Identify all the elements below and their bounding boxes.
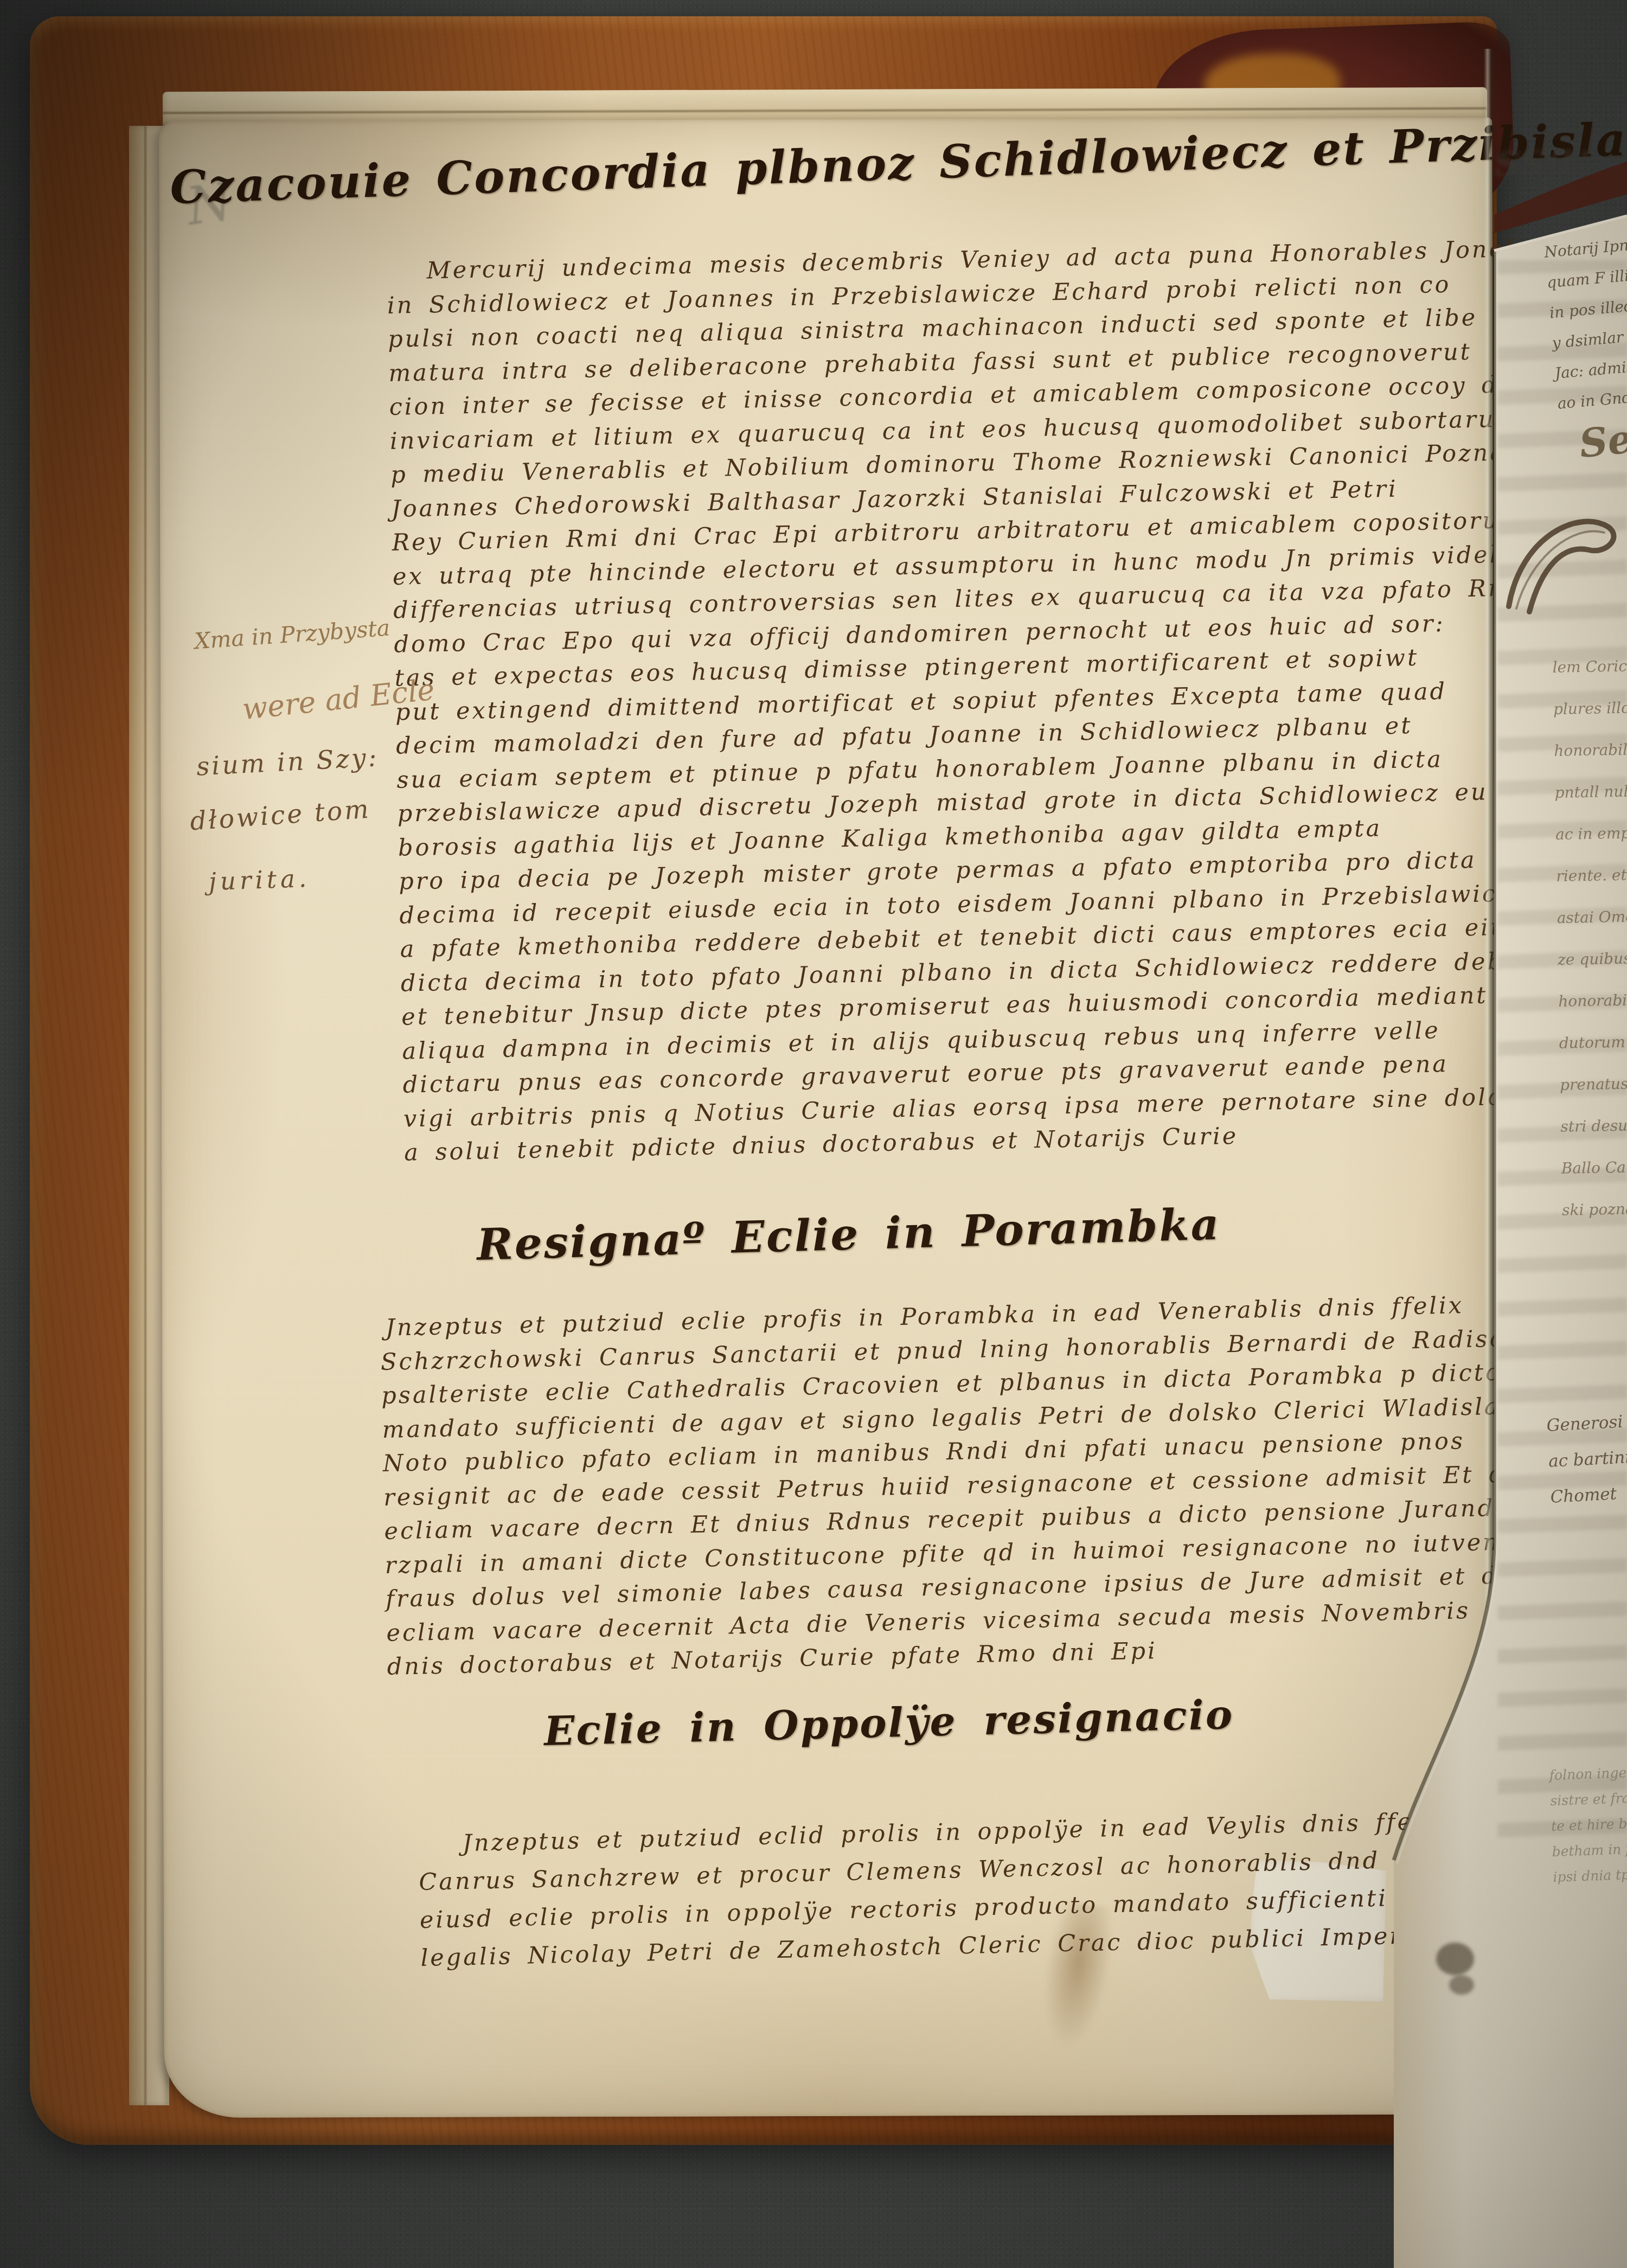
manuscript-text-line: plures illorum [1553, 686, 1627, 730]
manuscript-text-line: prenatus & [1559, 1062, 1627, 1106]
next-folio-lower-block: Generosi quac bartinii JaChomet [1546, 1402, 1627, 1515]
manuscript-text-line: pntall nulla p [1554, 770, 1627, 813]
manuscript-text-line: folnon ingenlm [1549, 1759, 1627, 1788]
manuscript-text-line: honorabilem [1558, 978, 1627, 1022]
manuscript-text-line: ze quibus h [1557, 937, 1627, 981]
manuscript-text-line: te et hire brnt [1551, 1810, 1627, 1839]
manuscript-text-line: Generosi qu [1546, 1402, 1627, 1443]
manuscript-text-line: ac bartinii Ja [1547, 1438, 1627, 1479]
next-folio-faint-lines: lem Corichiniplures illorumhonorabilibus… [1552, 644, 1627, 1231]
entry-body-oppolye: Jnzeptus et putziud eclid prolis in oppo… [418, 1800, 1533, 1977]
next-folio-bottom-faint-lines: folnon ingenlmsistre et fratrute et hire… [1549, 1759, 1627, 1890]
manuscript-text-line: Ballo Cartni [1561, 1145, 1627, 1189]
ink-smudge [1436, 1943, 1474, 1975]
manuscript-text-line: sistre et fratru [1550, 1784, 1627, 1814]
manuscript-text-line: ski poznanien [1561, 1187, 1627, 1231]
manuscript-text-line: lem Corichini [1552, 644, 1627, 688]
next-folio-left-edge-shadow [1394, 251, 1494, 1860]
manuscript-text-line: betham in forsth [1552, 1835, 1627, 1865]
manuscript-text-line: ipsi dnia tpo [1553, 1861, 1627, 1890]
manuscript-text-line: riente. et in [1556, 853, 1627, 897]
entry-body-porambka: Jnzeptus et putziud eclie profis in Pora… [380, 1287, 1532, 1684]
manuscript-text-line: ac in emptorem [1555, 811, 1627, 855]
manuscript-text-line: Chomet [1549, 1473, 1627, 1515]
ink-smudge [1449, 1975, 1474, 1995]
manuscript-text-line: honorabilibus [1554, 728, 1627, 772]
manuscript-text-line: stri desug ni [1560, 1104, 1627, 1148]
heading-ink-offset-ghost: ssa: [1494, 130, 1593, 187]
entry-body-concordia: Mercurij undecima mesis decembris Veniey… [386, 232, 1543, 1170]
manuscript-text-line: astai Omes ar [1556, 895, 1627, 939]
next-folio-sequitur-word: Seq [1577, 412, 1627, 466]
manuscript-text-line: dutorum pro [1559, 1020, 1627, 1064]
margin-note-line-5: jurita. [208, 864, 311, 896]
pen-flourish [1498, 502, 1624, 618]
